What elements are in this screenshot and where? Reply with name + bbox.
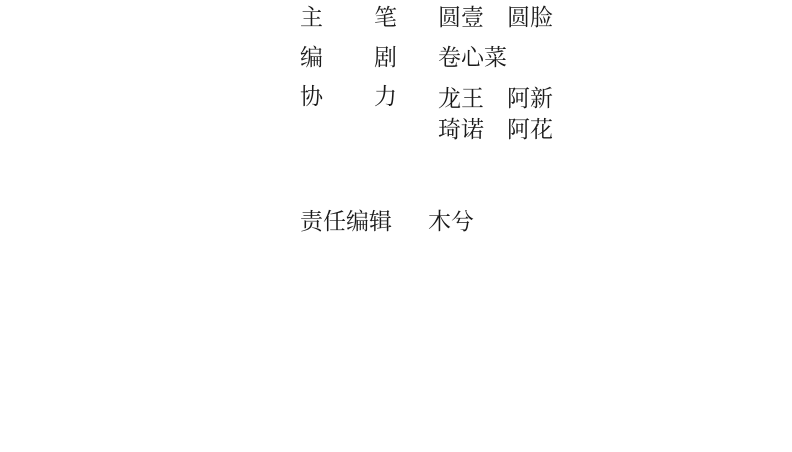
credit-name: 圆脸 xyxy=(507,3,553,33)
credit-name: 圆壹 xyxy=(438,3,484,33)
role-char: 剧 xyxy=(374,43,397,73)
credits-page: 主 笔 圆壹 圆脸 编 剧 卷心菜 协 力 龙王 阿新 琦诺 阿花 责任编辑 木… xyxy=(0,0,792,452)
role-char: 笔 xyxy=(374,3,397,33)
credit-name: 龙王 xyxy=(438,84,484,114)
role-char: 协 xyxy=(300,82,323,112)
role-char: 编 xyxy=(300,43,323,73)
credit-name: 阿新 xyxy=(507,84,553,114)
credit-name: 琦诺 xyxy=(438,115,484,145)
credit-name: 卷心菜 xyxy=(438,43,507,73)
role-char: 力 xyxy=(374,82,397,112)
role-char: 主 xyxy=(300,3,323,33)
editor-name: 木兮 xyxy=(428,207,474,237)
credit-name: 阿花 xyxy=(507,115,553,145)
editor-label: 责任编辑 xyxy=(300,207,392,237)
